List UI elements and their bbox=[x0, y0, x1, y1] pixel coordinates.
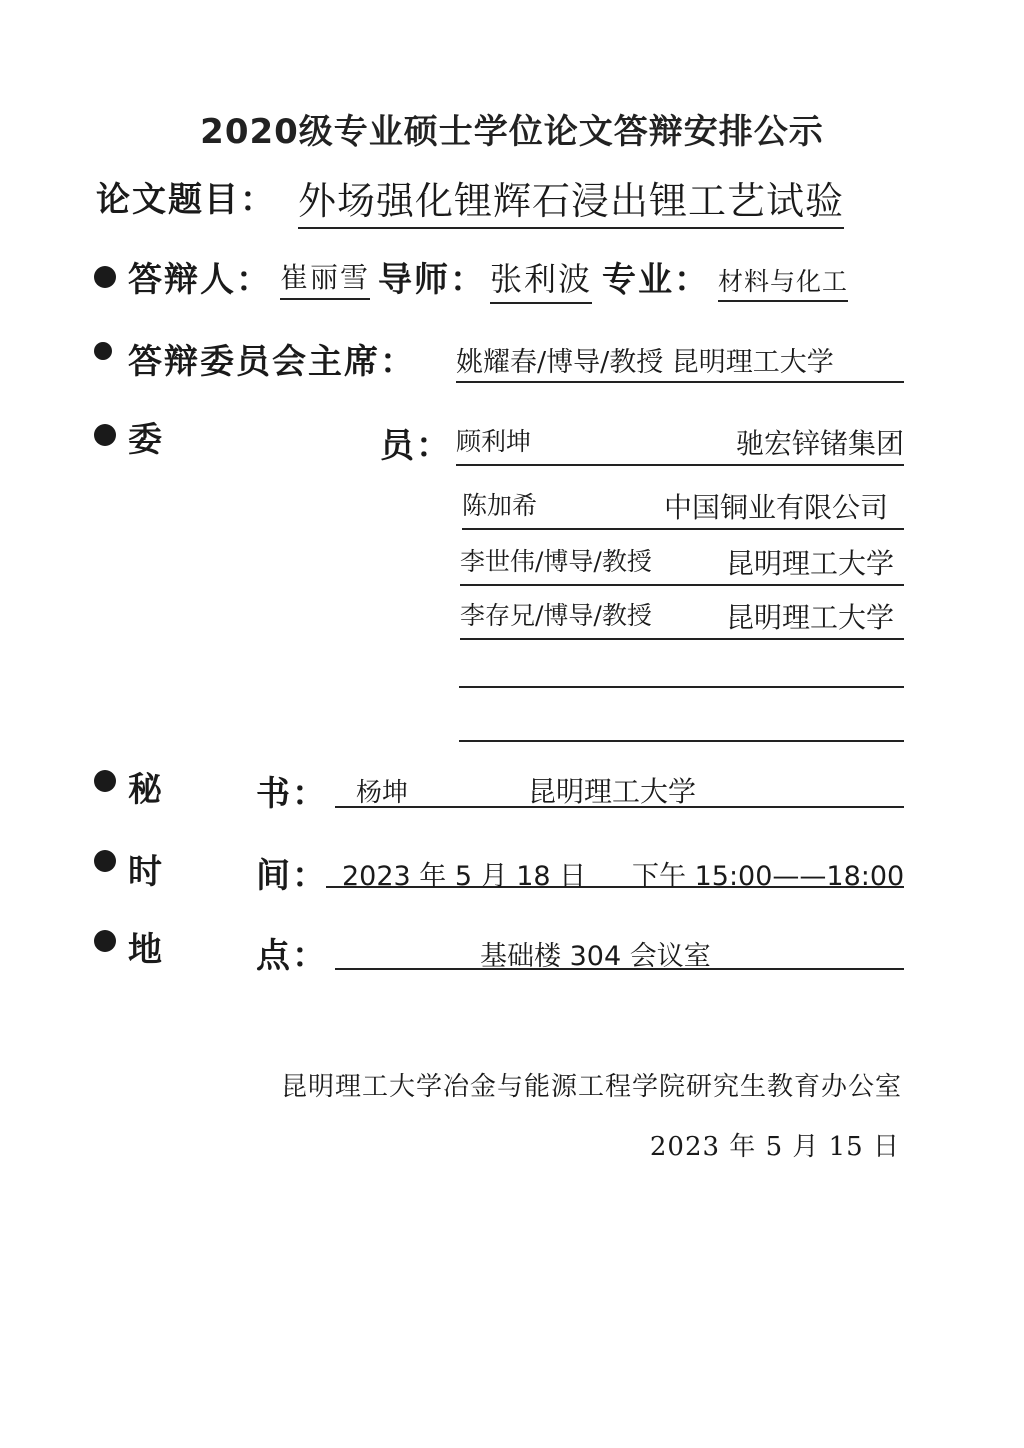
committee-label-right: 员： bbox=[380, 418, 452, 467]
bullet-icon bbox=[94, 342, 112, 360]
committee-blank-line bbox=[459, 686, 904, 688]
member-affiliation: 昆明理工大学 bbox=[726, 596, 904, 636]
thesis-label: 论文题目： bbox=[96, 172, 276, 221]
chair-bullet bbox=[94, 342, 112, 364]
committee-label-left: 委 bbox=[128, 412, 164, 461]
secretary-bullet bbox=[94, 770, 116, 796]
thesis-title: 外场强化锂辉石浸出锂工艺试验 bbox=[298, 170, 844, 229]
secretary-name: 杨坤 bbox=[356, 772, 408, 811]
member-name: 李存兄/博导/教授 bbox=[460, 596, 652, 636]
time-label-left: 时 bbox=[128, 844, 164, 893]
time-period: 下午 15:00——18:00 bbox=[632, 854, 904, 895]
major-label: 专业： bbox=[602, 252, 710, 301]
location-bullet bbox=[94, 930, 116, 956]
defender-name: 崔丽雪 bbox=[280, 256, 370, 300]
time-label-right: 间： bbox=[256, 848, 328, 897]
committee-member: 李存兄/博导/教授 昆明理工大学 bbox=[460, 596, 904, 640]
committee-member: 李世伟/博导/教授 昆明理工大学 bbox=[460, 542, 904, 586]
secretary-affiliation: 昆明理工大学 bbox=[528, 770, 696, 812]
issue-date: 2023 年 5 月 15 日 bbox=[650, 1126, 900, 1163]
member-name: 陈加希 bbox=[462, 486, 537, 526]
committee-blank-line bbox=[459, 740, 904, 742]
bullet-icon bbox=[94, 266, 116, 288]
member-name: 李世伟/博导/教授 bbox=[460, 542, 652, 582]
chair-value: 姚耀春/博导/教授 昆明理工大学 bbox=[456, 340, 904, 383]
committee-member: 陈加希 中国铜业有限公司 bbox=[462, 486, 904, 530]
chair-label: 答辩委员会主席： bbox=[128, 334, 416, 383]
bullet-icon bbox=[94, 770, 116, 792]
bullet-icon bbox=[94, 930, 116, 952]
major-value: 材料与化工 bbox=[718, 262, 848, 302]
issuing-office: 昆明理工大学冶金与能源工程学院研究生教育办公室 bbox=[281, 1066, 902, 1103]
member-affiliation: 驰宏锌锗集团 bbox=[736, 422, 904, 462]
secretary-label-left: 秘 bbox=[128, 762, 164, 811]
location-label-left: 地 bbox=[128, 922, 164, 971]
defender-label: 答辩人： bbox=[128, 252, 272, 301]
member-name: 顾利坤 bbox=[456, 422, 531, 462]
advisor-name: 张利波 bbox=[490, 254, 592, 304]
member-affiliation: 昆明理工大学 bbox=[726, 542, 904, 582]
advisor-label: 导师： bbox=[378, 252, 486, 301]
member-affiliation: 中国铜业有限公司 bbox=[664, 486, 904, 526]
time-date: 2023 年 5 月 18 日 bbox=[342, 854, 586, 895]
committee-bullet bbox=[94, 424, 116, 450]
committee-member: 顾利坤 驰宏锌锗集团 bbox=[456, 422, 904, 466]
location-label-right: 点： bbox=[256, 928, 328, 977]
time-bullet bbox=[94, 850, 116, 876]
bullet-icon bbox=[94, 850, 116, 872]
document-title: 2020级专业硕士学位论文答辩安排公示 bbox=[0, 104, 1024, 153]
location-value: 基础楼 304 会议室 bbox=[480, 934, 711, 975]
secretary-label-right: 书： bbox=[256, 766, 328, 815]
bullet-icon bbox=[94, 424, 116, 446]
